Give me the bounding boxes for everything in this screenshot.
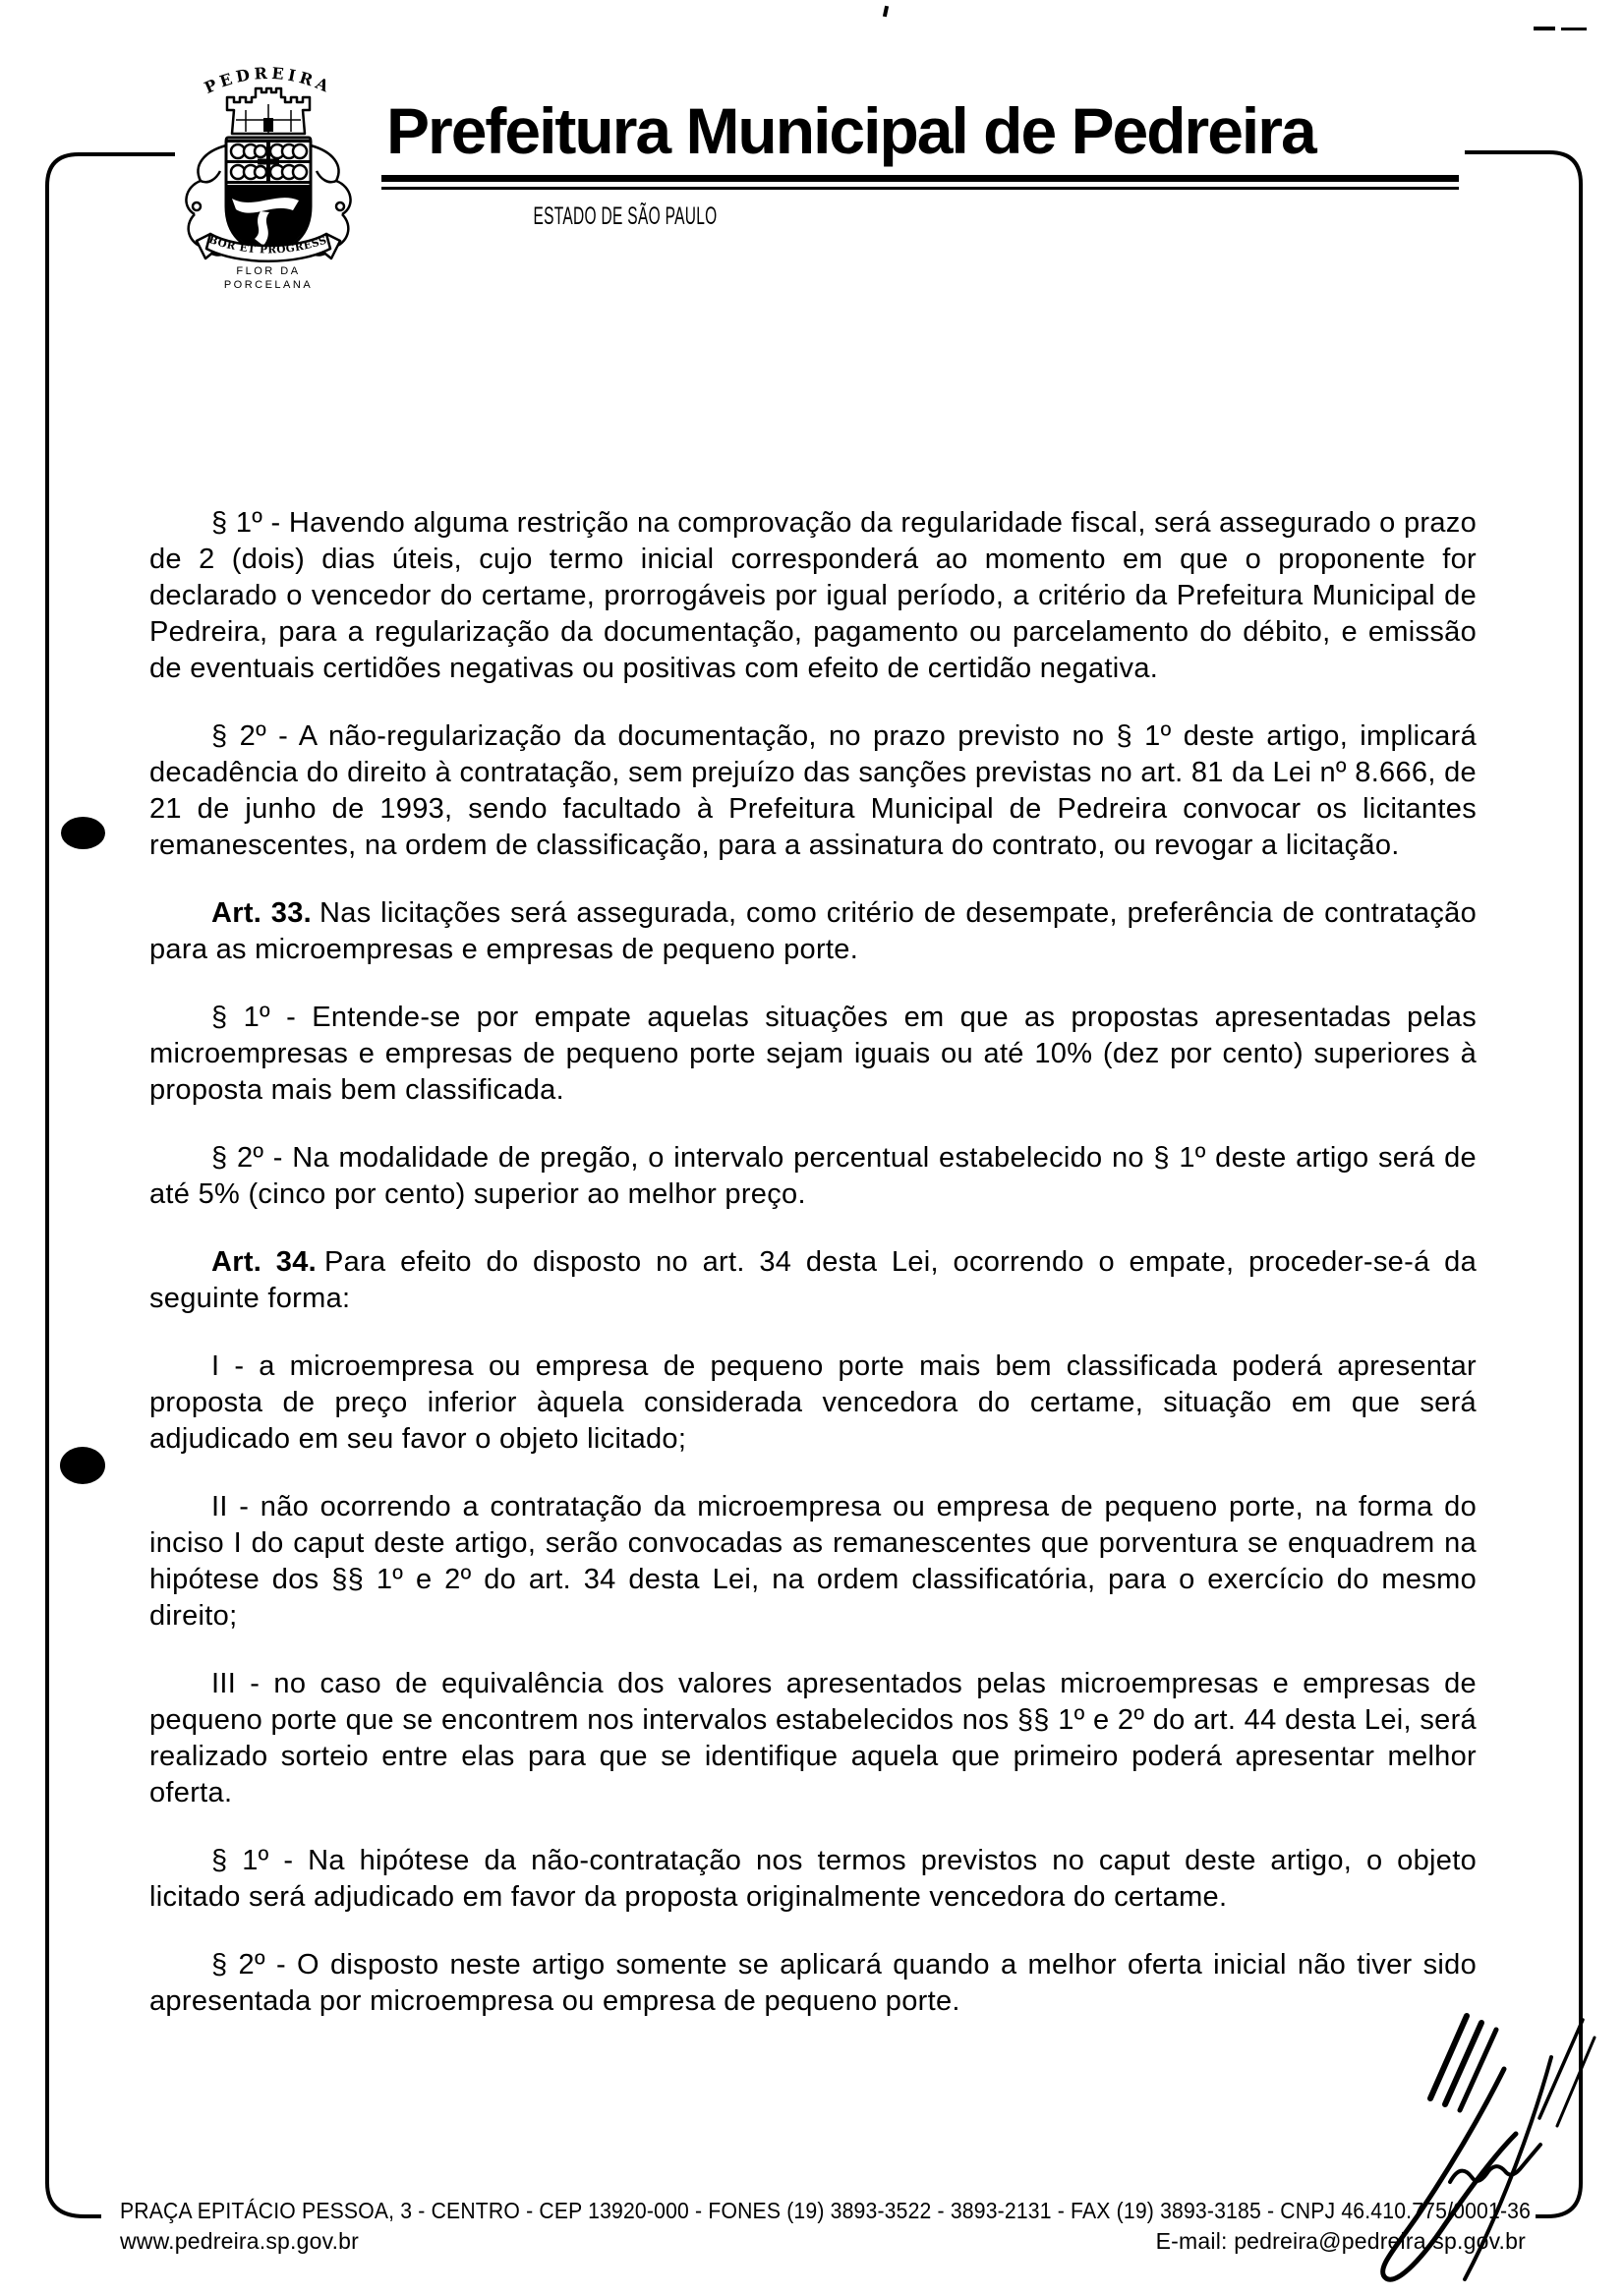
title-underline (381, 175, 1459, 182)
paragraph: § 2º - A não-regularização da documentaç… (149, 718, 1477, 864)
footer-address: PRAÇA EPITÁCIO PESSOA, 3 - CENTRO - CEP … (120, 2198, 1415, 2224)
hole-punch-mark-bottom (60, 1447, 105, 1484)
state-subtitle: ESTADO DE SÃO PAULO (533, 202, 717, 231)
paragraph: II - não ocorrendo a contratação da micr… (149, 1489, 1477, 1635)
title-underline (381, 187, 1459, 190)
paragraph: § 2º - Na modalidade de pregão, o interv… (149, 1140, 1477, 1213)
paragraph: III - no caso de equivalência dos valore… (149, 1666, 1477, 1811)
crest-caption-line2: PORCELANA (224, 279, 313, 291)
scanned-document-page: PEDREIRA (0, 0, 1624, 2296)
page-footer: PRAÇA EPITÁCIO PESSOA, 3 - CENTRO - CEP … (120, 2198, 1528, 2255)
paragraph: I - a microempresa ou empresa de pequeno… (149, 1349, 1477, 1458)
hole-punch-mark-top (61, 817, 105, 849)
page-title: Prefeitura Municipal de Pedreira (386, 96, 1315, 165)
crest-crown (227, 88, 310, 134)
crest-caption-line1: FLOR DA (236, 265, 300, 277)
paragraph: Art. 34.Para efeito do disposto no art. … (149, 1244, 1477, 1317)
scan-artifact-dash (1561, 28, 1587, 30)
paragraph: Art. 33.Nas licitações será assegurada, … (149, 895, 1477, 968)
coat-of-arms: PEDREIRA (167, 61, 374, 292)
footer-website: www.pedreira.sp.gov.br (120, 2228, 359, 2255)
crest-shield (226, 138, 311, 257)
document-body: § 1º - Havendo alguma restrição na compr… (149, 505, 1477, 2051)
paragraph: § 1º - Na hipótese da não-contratação no… (149, 1843, 1477, 1916)
paragraph: § 2º - O disposto neste artigo somente s… (149, 1947, 1477, 2020)
paragraph: § 1º - Entende-se por empate aquelas sit… (149, 1000, 1477, 1109)
scan-artifact-dash (1534, 27, 1555, 30)
paragraph: § 1º - Havendo alguma restrição na compr… (149, 505, 1477, 687)
signature-scribble (1347, 2000, 1624, 2296)
